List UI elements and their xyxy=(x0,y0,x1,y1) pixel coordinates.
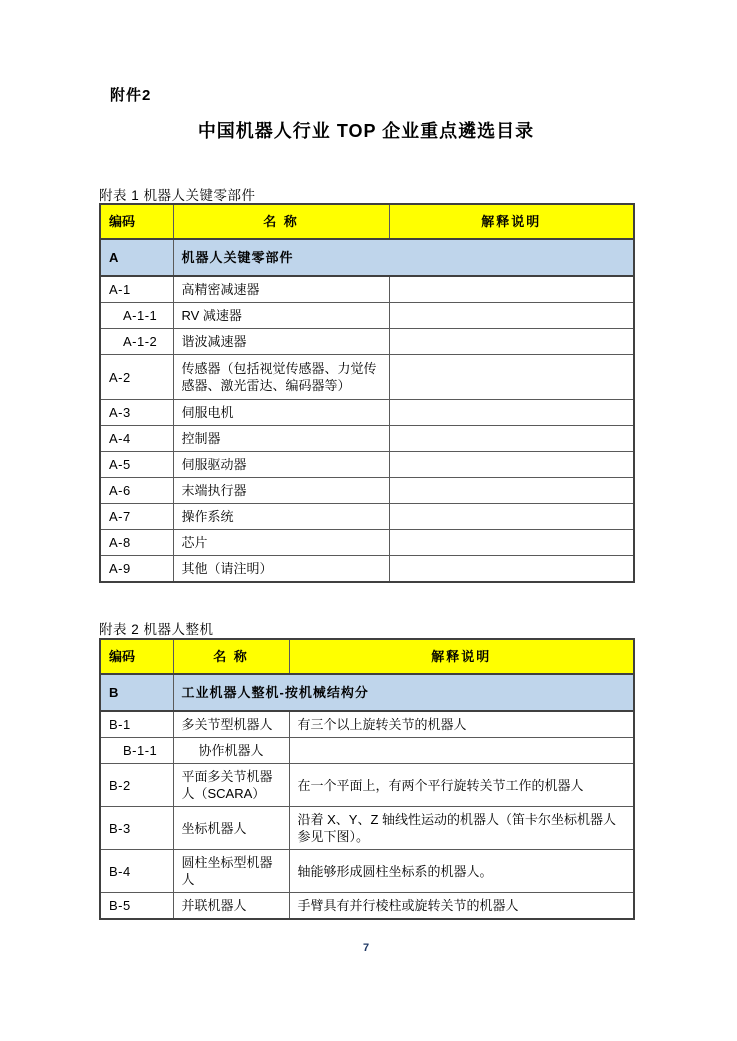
desc-cell xyxy=(389,303,634,329)
header-row: 编码 名 称 解释说明 xyxy=(100,639,634,674)
header-cell-desc: 解释说明 xyxy=(289,639,634,674)
desc-cell xyxy=(389,400,634,426)
code-cell: A-1 xyxy=(100,276,173,303)
code-cell: B-5 xyxy=(100,893,173,920)
code-cell: B-3 xyxy=(100,807,173,850)
desc-cell xyxy=(389,355,634,400)
table2-caption: 附表 2 机器人整机 xyxy=(99,618,214,638)
table-row: A-2 传感器（包括视觉传感器、力觉传感器、激光雷达、编码器等） xyxy=(100,355,634,400)
components-table: 编码 名 称 解释说明 A 机器人关键零部件 A-1 高精密减速器 A-1-1 … xyxy=(99,203,635,583)
code-cell: B xyxy=(100,674,173,711)
document-page: 附件2 中国机器人行业 TOP 企业重点遴选目录 附表 1 机器人关键零部件 编… xyxy=(0,0,737,1041)
name-cell: 伺服驱动器 xyxy=(173,452,389,478)
code-cell: B-2 xyxy=(100,764,173,807)
name-cell: 并联机器人 xyxy=(173,893,289,920)
name-cell: RV 减速器 xyxy=(173,303,389,329)
desc-cell xyxy=(389,556,634,583)
desc-cell: 轴能够形成圆柱坐标系的机器人。 xyxy=(289,850,634,893)
attachment-label: 附件2 xyxy=(110,84,151,105)
code-cell: A-9 xyxy=(100,556,173,583)
desc-cell xyxy=(389,530,634,556)
table-row: B-1 多关节型机器人 有三个以上旋转关节的机器人 xyxy=(100,711,634,738)
section-row-a: A 机器人关键零部件 xyxy=(100,239,634,276)
table-row: B-2 平面多关节机器人（SCARA） 在一个平面上，有两个平行旋转关节工作的机… xyxy=(100,764,634,807)
header-cell-code: 编码 xyxy=(100,639,173,674)
desc-cell: 在一个平面上，有两个平行旋转关节工作的机器人 xyxy=(289,764,634,807)
header-cell-desc: 解释说明 xyxy=(389,204,634,239)
name-cell: 多关节型机器人 xyxy=(173,711,289,738)
desc-cell xyxy=(389,478,634,504)
desc-cell xyxy=(389,426,634,452)
code-cell: B-4 xyxy=(100,850,173,893)
code-cell: A-2 xyxy=(100,355,173,400)
name-cell: 芯片 xyxy=(173,530,389,556)
robots-table-header: 编码 名 称 解释说明 xyxy=(100,639,634,674)
table-row: A-4 控制器 xyxy=(100,426,634,452)
table-row: A-5 伺服驱动器 xyxy=(100,452,634,478)
code-cell: A xyxy=(100,239,173,276)
name-cell: 坐标机器人 xyxy=(173,807,289,850)
desc-cell xyxy=(389,452,634,478)
name-cell: 其他（请注明） xyxy=(173,556,389,583)
components-table-header: 编码 名 称 解释说明 xyxy=(100,204,634,239)
table-row: A-1-2 谐波减速器 xyxy=(100,329,634,355)
robots-table: 编码 名 称 解释说明 B 工业机器人整机-按机械结构分 B-1 多关节型机器人… xyxy=(99,638,635,920)
desc-cell xyxy=(389,504,634,530)
header-cell-code: 编码 xyxy=(100,204,173,239)
table-row: B-3 坐标机器人 沿着 X、Y、Z 轴线性运动的机器人（笛卡尔坐标机器人参见下… xyxy=(100,807,634,850)
name-cell: 传感器（包括视觉传感器、力觉传感器、激光雷达、编码器等） xyxy=(173,355,389,400)
table-row: B-1-1 协作机器人 xyxy=(100,738,634,764)
code-cell: A-1-2 xyxy=(100,329,173,355)
table-row: A-7 操作系统 xyxy=(100,504,634,530)
page-number: 7 xyxy=(99,942,633,954)
table-row: B-5 并联机器人 手臂具有并行棱柱或旋转关节的机器人 xyxy=(100,893,634,920)
desc-cell: 沿着 X、Y、Z 轴线性运动的机器人（笛卡尔坐标机器人参见下图）。 xyxy=(289,807,634,850)
name-cell: 谐波减速器 xyxy=(173,329,389,355)
header-row: 编码 名 称 解释说明 xyxy=(100,204,634,239)
header-cell-name: 名 称 xyxy=(173,639,289,674)
table-row: A-6 末端执行器 xyxy=(100,478,634,504)
desc-cell xyxy=(389,329,634,355)
table-row: A-8 芯片 xyxy=(100,530,634,556)
code-cell: A-5 xyxy=(100,452,173,478)
name-cell: 高精密减速器 xyxy=(173,276,389,303)
page-title: 中国机器人行业 TOP 企业重点遴选目录 xyxy=(99,117,633,143)
name-cell: 操作系统 xyxy=(173,504,389,530)
table-row: A-9 其他（请注明） xyxy=(100,556,634,583)
table-row: A-1 高精密减速器 xyxy=(100,276,634,303)
name-cell: 圆柱坐标型机器人 xyxy=(173,850,289,893)
code-cell: A-4 xyxy=(100,426,173,452)
table-row: B-4 圆柱坐标型机器人 轴能够形成圆柱坐标系的机器人。 xyxy=(100,850,634,893)
code-cell: A-8 xyxy=(100,530,173,556)
code-cell: B-1-1 xyxy=(100,738,173,764)
table-row: A-3 伺服电机 xyxy=(100,400,634,426)
code-cell: A-7 xyxy=(100,504,173,530)
desc-cell xyxy=(289,738,634,764)
header-cell-name: 名 称 xyxy=(173,204,389,239)
code-cell: B-1 xyxy=(100,711,173,738)
desc-cell: 手臂具有并行棱柱或旋转关节的机器人 xyxy=(289,893,634,920)
name-cell: 协作机器人 xyxy=(173,738,289,764)
name-cell: 平面多关节机器人（SCARA） xyxy=(173,764,289,807)
section-name-cell: 工业机器人整机-按机械结构分 xyxy=(173,674,634,711)
table-row: A-1-1 RV 减速器 xyxy=(100,303,634,329)
desc-cell xyxy=(389,276,634,303)
section-row-b: B 工业机器人整机-按机械结构分 xyxy=(100,674,634,711)
name-cell: 控制器 xyxy=(173,426,389,452)
name-cell: 伺服电机 xyxy=(173,400,389,426)
table1-caption: 附表 1 机器人关键零部件 xyxy=(99,184,256,204)
section-name-cell: 机器人关键零部件 xyxy=(173,239,634,276)
code-cell: A-6 xyxy=(100,478,173,504)
desc-cell: 有三个以上旋转关节的机器人 xyxy=(289,711,634,738)
name-cell: 末端执行器 xyxy=(173,478,389,504)
code-cell: A-3 xyxy=(100,400,173,426)
code-cell: A-1-1 xyxy=(100,303,173,329)
